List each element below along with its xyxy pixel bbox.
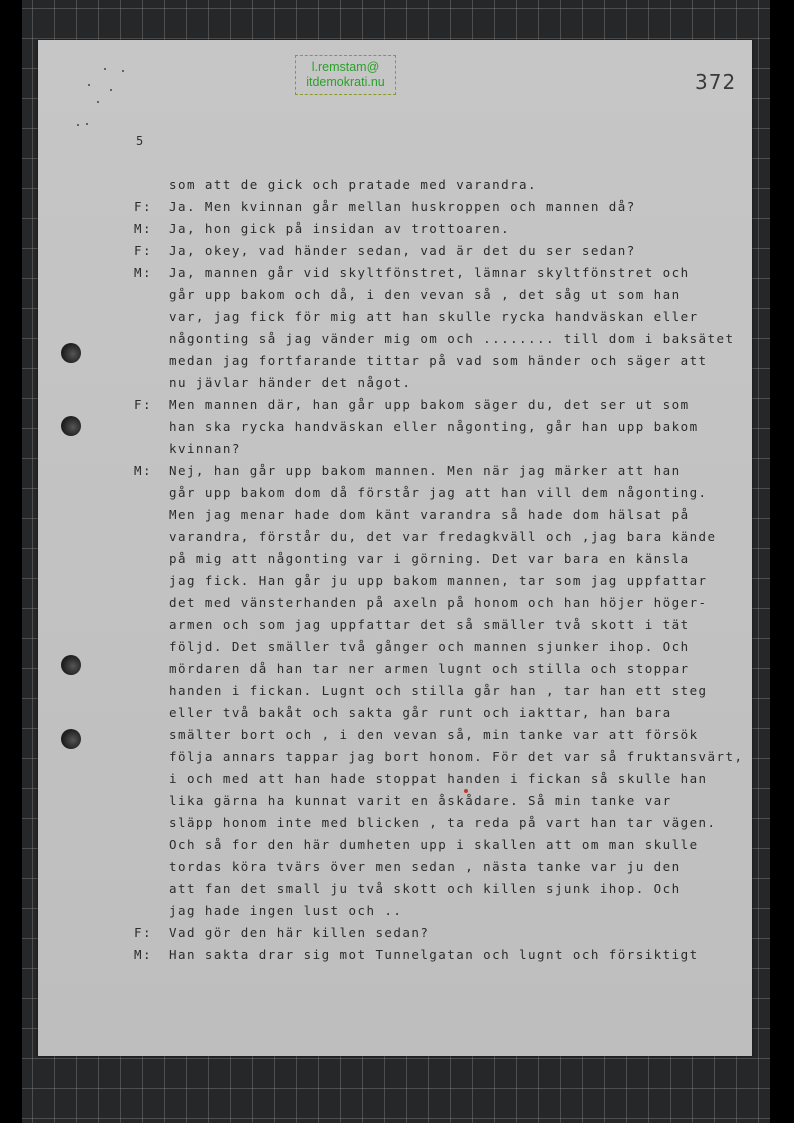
transcript-line: jag hade ingen lust och .. bbox=[134, 900, 754, 922]
transcript-line: att fan det small ju två skott och kille… bbox=[134, 878, 754, 900]
line-text: på mig att någonting var i görning. Det … bbox=[169, 548, 754, 570]
source-stamp: l.remstam@ itdemokrati.nu bbox=[295, 55, 396, 95]
speaker-label bbox=[134, 372, 169, 394]
speaker-label bbox=[134, 328, 169, 350]
line-text: armen och som jag uppfattar det så smäll… bbox=[169, 614, 754, 636]
speaker-label bbox=[134, 790, 169, 812]
punch-hole bbox=[61, 416, 81, 436]
speaker-label: M: bbox=[134, 262, 169, 284]
line-text: går upp bakom dom då förstår jag att han… bbox=[169, 482, 754, 504]
transcript-line: mördaren då han tar ner armen lugnt och … bbox=[134, 658, 754, 680]
line-text: jag fick. Han går ju upp bakom mannen, t… bbox=[169, 570, 754, 592]
speaker-label: M: bbox=[134, 218, 169, 240]
line-text: kvinnan? bbox=[169, 438, 754, 460]
transcript-line: var, jag fick för mig att han skulle ryc… bbox=[134, 306, 754, 328]
transcript-line: F:Ja, okey, vad händer sedan, vad är det… bbox=[134, 240, 754, 262]
transcript-line: nu jävlar händer det något. bbox=[134, 372, 754, 394]
line-text: Han sakta drar sig mot Tunnelgatan och l… bbox=[169, 944, 754, 966]
line-text: han ska rycka handväskan eller någonting… bbox=[169, 416, 754, 438]
line-text: nu jävlar händer det något. bbox=[169, 372, 754, 394]
speck bbox=[77, 124, 79, 126]
speaker-label: F: bbox=[134, 394, 169, 416]
transcript-line: F:Vad gör den här killen sedan? bbox=[134, 922, 754, 944]
speaker-label: F: bbox=[134, 196, 169, 218]
transcript-line: F:Ja. Men kvinnan går mellan huskroppen … bbox=[134, 196, 754, 218]
speaker-label bbox=[134, 504, 169, 526]
speaker-label bbox=[134, 812, 169, 834]
line-text: att fan det small ju två skott och kille… bbox=[169, 878, 754, 900]
line-text: det med vänsterhanden på axeln på honom … bbox=[169, 592, 754, 614]
line-text: Ja, okey, vad händer sedan, vad är det d… bbox=[169, 240, 754, 262]
transcript-line: M:Ja, mannen går vid skyltfönstret, lämn… bbox=[134, 262, 754, 284]
interview-transcript: som att de gick och pratade med varandra… bbox=[134, 174, 754, 966]
transcript-line: följd. Det smäller två gånger och mannen… bbox=[134, 636, 754, 658]
transcript-line: F:Men mannen där, han går upp bakom säge… bbox=[134, 394, 754, 416]
transcript-line: smälter bort och , i den vevan så, min t… bbox=[134, 724, 754, 746]
speaker-label bbox=[134, 526, 169, 548]
transcript-line: M:Nej, han går upp bakom mannen. Men när… bbox=[134, 460, 754, 482]
transcript-line: kvinnan? bbox=[134, 438, 754, 460]
line-text: Men jag menar hade dom känt varandra så … bbox=[169, 504, 754, 526]
line-text: går upp bakom och då, i den vevan så , d… bbox=[169, 284, 754, 306]
punch-hole bbox=[61, 343, 81, 363]
line-text: släpp honom inte med blicken , ta reda p… bbox=[169, 812, 754, 834]
transcript-line: varandra, förstår du, det var fredagkväl… bbox=[134, 526, 754, 548]
sheet-number: 5 bbox=[136, 134, 143, 148]
speaker-label bbox=[134, 658, 169, 680]
line-text: eller två bakåt och sakta går runt och i… bbox=[169, 702, 754, 724]
line-text: Ja. Men kvinnan går mellan huskroppen oc… bbox=[169, 196, 754, 218]
line-text: varandra, förstår du, det var fredagkväl… bbox=[169, 526, 754, 548]
speaker-label bbox=[134, 438, 169, 460]
speaker-label: M: bbox=[134, 460, 169, 482]
speaker-label bbox=[134, 284, 169, 306]
speaker-label bbox=[134, 724, 169, 746]
speaker-label bbox=[134, 350, 169, 372]
line-text: Ja, mannen går vid skyltfönstret, lämnar… bbox=[169, 262, 754, 284]
line-text: mördaren då han tar ner armen lugnt och … bbox=[169, 658, 754, 680]
speck bbox=[97, 101, 99, 103]
line-text: som att de gick och pratade med varandra… bbox=[169, 174, 754, 196]
transcript-line: på mig att någonting var i görning. Det … bbox=[134, 548, 754, 570]
transcript-line: medan jag fortfarande tittar på vad som … bbox=[134, 350, 754, 372]
speaker-label bbox=[134, 482, 169, 504]
transcript-line: släpp honom inte med blicken , ta reda p… bbox=[134, 812, 754, 834]
background-edge-right bbox=[770, 0, 794, 1123]
transcript-line: det med vänsterhanden på axeln på honom … bbox=[134, 592, 754, 614]
speaker-label bbox=[134, 856, 169, 878]
transcript-line: följa annars tappar jag bort honom. För … bbox=[134, 746, 754, 768]
speck bbox=[104, 68, 106, 70]
transcript-line: jag fick. Han går ju upp bakom mannen, t… bbox=[134, 570, 754, 592]
red-ink-mark bbox=[464, 789, 468, 793]
punch-hole bbox=[61, 655, 81, 675]
punch-hole bbox=[61, 729, 81, 749]
transcript-line: som att de gick och pratade med varandra… bbox=[134, 174, 754, 196]
speaker-label bbox=[134, 768, 169, 790]
transcript-line: Och så for den här dumheten upp i skalle… bbox=[134, 834, 754, 856]
page-number: 372 bbox=[695, 70, 736, 94]
line-text: jag hade ingen lust och .. bbox=[169, 900, 754, 922]
line-text: smälter bort och , i den vevan så, min t… bbox=[169, 724, 754, 746]
line-text: Men mannen där, han går upp bakom säger … bbox=[169, 394, 754, 416]
transcript-line: går upp bakom och då, i den vevan så , d… bbox=[134, 284, 754, 306]
speaker-label bbox=[134, 680, 169, 702]
speaker-label bbox=[134, 746, 169, 768]
transcript-line: armen och som jag uppfattar det så smäll… bbox=[134, 614, 754, 636]
transcript-line: går upp bakom dom då förstår jag att han… bbox=[134, 482, 754, 504]
line-text: Nej, han går upp bakom mannen. Men när j… bbox=[169, 460, 754, 482]
speaker-label bbox=[134, 834, 169, 856]
speaker-label bbox=[134, 416, 169, 438]
speck bbox=[122, 70, 124, 72]
speaker-label: M: bbox=[134, 944, 169, 966]
transcript-line: tordas köra tvärs över men sedan , nästa… bbox=[134, 856, 754, 878]
transcript-line: eller två bakåt och sakta går runt och i… bbox=[134, 702, 754, 724]
transcript-line: M:Ja, hon gick på insidan av trottoaren. bbox=[134, 218, 754, 240]
stamp-line-2: itdemokrati.nu bbox=[296, 75, 395, 90]
speaker-label bbox=[134, 636, 169, 658]
line-text: Ja, hon gick på insidan av trottoaren. bbox=[169, 218, 754, 240]
speaker-label bbox=[134, 614, 169, 636]
line-text: tordas köra tvärs över men sedan , nästa… bbox=[169, 856, 754, 878]
line-text: var, jag fick för mig att han skulle ryc… bbox=[169, 306, 754, 328]
speaker-label bbox=[134, 878, 169, 900]
speaker-label bbox=[134, 306, 169, 328]
speaker-label bbox=[134, 702, 169, 724]
speaker-label bbox=[134, 570, 169, 592]
speck bbox=[88, 84, 90, 86]
background-edge-left bbox=[0, 0, 22, 1123]
line-text: Och så for den här dumheten upp i skalle… bbox=[169, 834, 754, 856]
speaker-label: F: bbox=[134, 922, 169, 944]
line-text: någonting så jag vänder mig om och .....… bbox=[169, 328, 754, 350]
line-text: följd. Det smäller två gånger och mannen… bbox=[169, 636, 754, 658]
speaker-label: F: bbox=[134, 240, 169, 262]
line-text: Vad gör den här killen sedan? bbox=[169, 922, 754, 944]
transcript-line: någonting så jag vänder mig om och .....… bbox=[134, 328, 754, 350]
speaker-label bbox=[134, 592, 169, 614]
speaker-label bbox=[134, 900, 169, 922]
speck bbox=[86, 123, 88, 125]
line-text: följa annars tappar jag bort honom. För … bbox=[169, 746, 754, 768]
speaker-label bbox=[134, 174, 169, 196]
speck bbox=[110, 89, 112, 91]
line-text: lika gärna ha kunnat varit en åskådare. … bbox=[169, 790, 754, 812]
transcript-line: i och med att han hade stoppat handen i … bbox=[134, 768, 754, 790]
speaker-label bbox=[134, 548, 169, 570]
transcript-line: lika gärna ha kunnat varit en åskådare. … bbox=[134, 790, 754, 812]
transcript-line: M:Han sakta drar sig mot Tunnelgatan och… bbox=[134, 944, 754, 966]
line-text: medan jag fortfarande tittar på vad som … bbox=[169, 350, 754, 372]
transcript-line: Men jag menar hade dom känt varandra så … bbox=[134, 504, 754, 526]
transcript-line: handen i fickan. Lugnt och stilla går ha… bbox=[134, 680, 754, 702]
line-text: i och med att han hade stoppat handen i … bbox=[169, 768, 754, 790]
stamp-line-1: l.remstam@ bbox=[296, 60, 395, 75]
line-text: handen i fickan. Lugnt och stilla går ha… bbox=[169, 680, 754, 702]
transcript-line: han ska rycka handväskan eller någonting… bbox=[134, 416, 754, 438]
